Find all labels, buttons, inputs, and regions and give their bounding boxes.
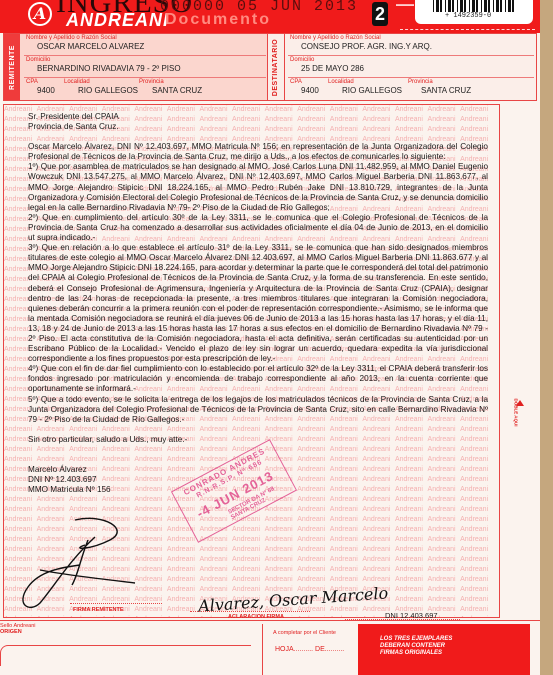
aclaracion-line bbox=[190, 611, 310, 612]
recipient-side-label: DESTINATARIO bbox=[268, 34, 285, 100]
footer-divider bbox=[0, 620, 540, 621]
page-count-field[interactable]: HOJA.......... DE.......... bbox=[275, 646, 344, 653]
client-section: A completar por el Cliente HOJA.........… bbox=[262, 624, 359, 675]
handwritten-signature bbox=[10, 515, 180, 610]
originals-notice: LOS TRES EJEMPLARES DEBERAN CONTENER FIR… bbox=[358, 624, 530, 675]
sender-location-row: CPA 9400 Localidad RIO GALLEGOS Provinci… bbox=[24, 78, 266, 99]
recipient-cpa: 9400 bbox=[301, 86, 319, 95]
scan-background bbox=[540, 0, 553, 675]
recipient-province-label: Provincia bbox=[408, 79, 433, 85]
sender-city: RIO GALLEGOS bbox=[78, 86, 138, 95]
header-divider bbox=[400, 29, 535, 30]
sender-city-label: Localidad bbox=[64, 79, 90, 85]
sender-cpa-label: CPA bbox=[26, 79, 38, 85]
mini-logo-icon: ▬▬▬ bbox=[396, 2, 414, 8]
letter-point-5: 5º) Que a todo evento, se le solicita la… bbox=[28, 395, 488, 425]
letter-point-3: 3º) Que en relación a lo que establece e… bbox=[28, 243, 488, 364]
document-type: Documento bbox=[165, 11, 271, 29]
firma-line bbox=[70, 603, 162, 604]
letter-body: Sr. Presidente del CPAIA Provincia de Sa… bbox=[28, 112, 488, 495]
sender-address-row: Domicilio BERNARDINO RIVADAVIA 79 - 2º P… bbox=[24, 56, 266, 78]
recipient-name-row: Nombre y Apellido o Razón Social CONSEJO… bbox=[288, 34, 534, 56]
recipient-name: CONSEJO PROF. AGR. ING.Y ARQ. bbox=[301, 42, 432, 51]
courier-document: A INGRESO 000000 05 JUN 2013 ANDREANI Do… bbox=[0, 0, 540, 675]
recipient-address-row: Domicilio 25 DE MAYO 286 bbox=[288, 56, 534, 78]
letter-point-2: 2º) Que en cumplimiento del artículo 30º… bbox=[28, 213, 488, 243]
sender-side-label: REMITENTE bbox=[4, 34, 20, 100]
barcode-label: + 1492359-0 bbox=[415, 0, 533, 24]
letter-point-4: 4º) Que con el fin de dar fiel cumplimie… bbox=[28, 364, 488, 394]
salutation-line-1: Sr. Presidente del CPAIA bbox=[28, 112, 488, 122]
document-header: A INGRESO 000000 05 JUN 2013 ANDREANI Do… bbox=[0, 0, 540, 33]
letter-closing: Sin otro particular, saludo a Uds., muy … bbox=[28, 435, 488, 445]
letter-intro: Oscar Marcelo Álvarez, DNI Nº 12.403.697… bbox=[28, 142, 488, 162]
recipient-province: SANTA CRUZ bbox=[421, 86, 471, 95]
recipient-address-label: Domicilio bbox=[290, 57, 314, 63]
recipient-name-label: Nombre y Apellido o Razón Social bbox=[290, 35, 381, 41]
recipient-city-label: Localidad bbox=[328, 79, 354, 85]
origin-stamp-box bbox=[0, 645, 251, 666]
sender-province-label: Provincia bbox=[139, 79, 164, 85]
client-label: A completar por el Cliente bbox=[273, 630, 336, 636]
barcode-number: + 1492359-0 bbox=[445, 12, 491, 20]
fold-marker: DOBLE AQUI bbox=[514, 400, 526, 440]
recipient-city: RIO GALLEGOS bbox=[342, 86, 402, 95]
sender-name: OSCAR MARCELO ALVAREZ bbox=[37, 42, 144, 51]
salutation-line-2: Provincia de Santa Cruz. bbox=[28, 122, 488, 132]
barcode-icon bbox=[433, 0, 517, 12]
sender-address: BERNARDINO RIVADAVIA 79 - 2º PISO bbox=[37, 64, 181, 73]
origin-stamp-area: Sello Andreani ORIGEN bbox=[0, 623, 35, 635]
andreani-logo-icon: A bbox=[28, 2, 52, 26]
recipient-location-row: CPA 9400 Localidad RIO GALLEGOS Provinci… bbox=[288, 78, 534, 99]
firma-label: FIRMA REMITENTE bbox=[73, 607, 124, 613]
recipient-block: DESTINATARIO Nombre y Apellido o Razón S… bbox=[267, 33, 537, 101]
recipient-address: 25 DE MAYO 286 bbox=[301, 64, 364, 73]
sender-province: SANTA CRUZ bbox=[152, 86, 202, 95]
letter-point-1: 1º) Que por asamblea de matriculados se … bbox=[28, 162, 488, 212]
brand-name: ANDREANI bbox=[66, 10, 169, 31]
sender-cpa: 9400 bbox=[37, 86, 55, 95]
sender-name-label: Nombre y Apellido o Razón Social bbox=[26, 35, 117, 41]
copy-number-badge: 2 bbox=[372, 2, 388, 26]
recipient-cpa-label: CPA bbox=[290, 79, 302, 85]
sender-block: REMITENTE Nombre y Apellido o Razón Soci… bbox=[3, 33, 269, 101]
sender-name-row: Nombre y Apellido o Razón Social OSCAR M… bbox=[24, 34, 266, 56]
sender-address-label: Domicilio bbox=[26, 57, 50, 63]
